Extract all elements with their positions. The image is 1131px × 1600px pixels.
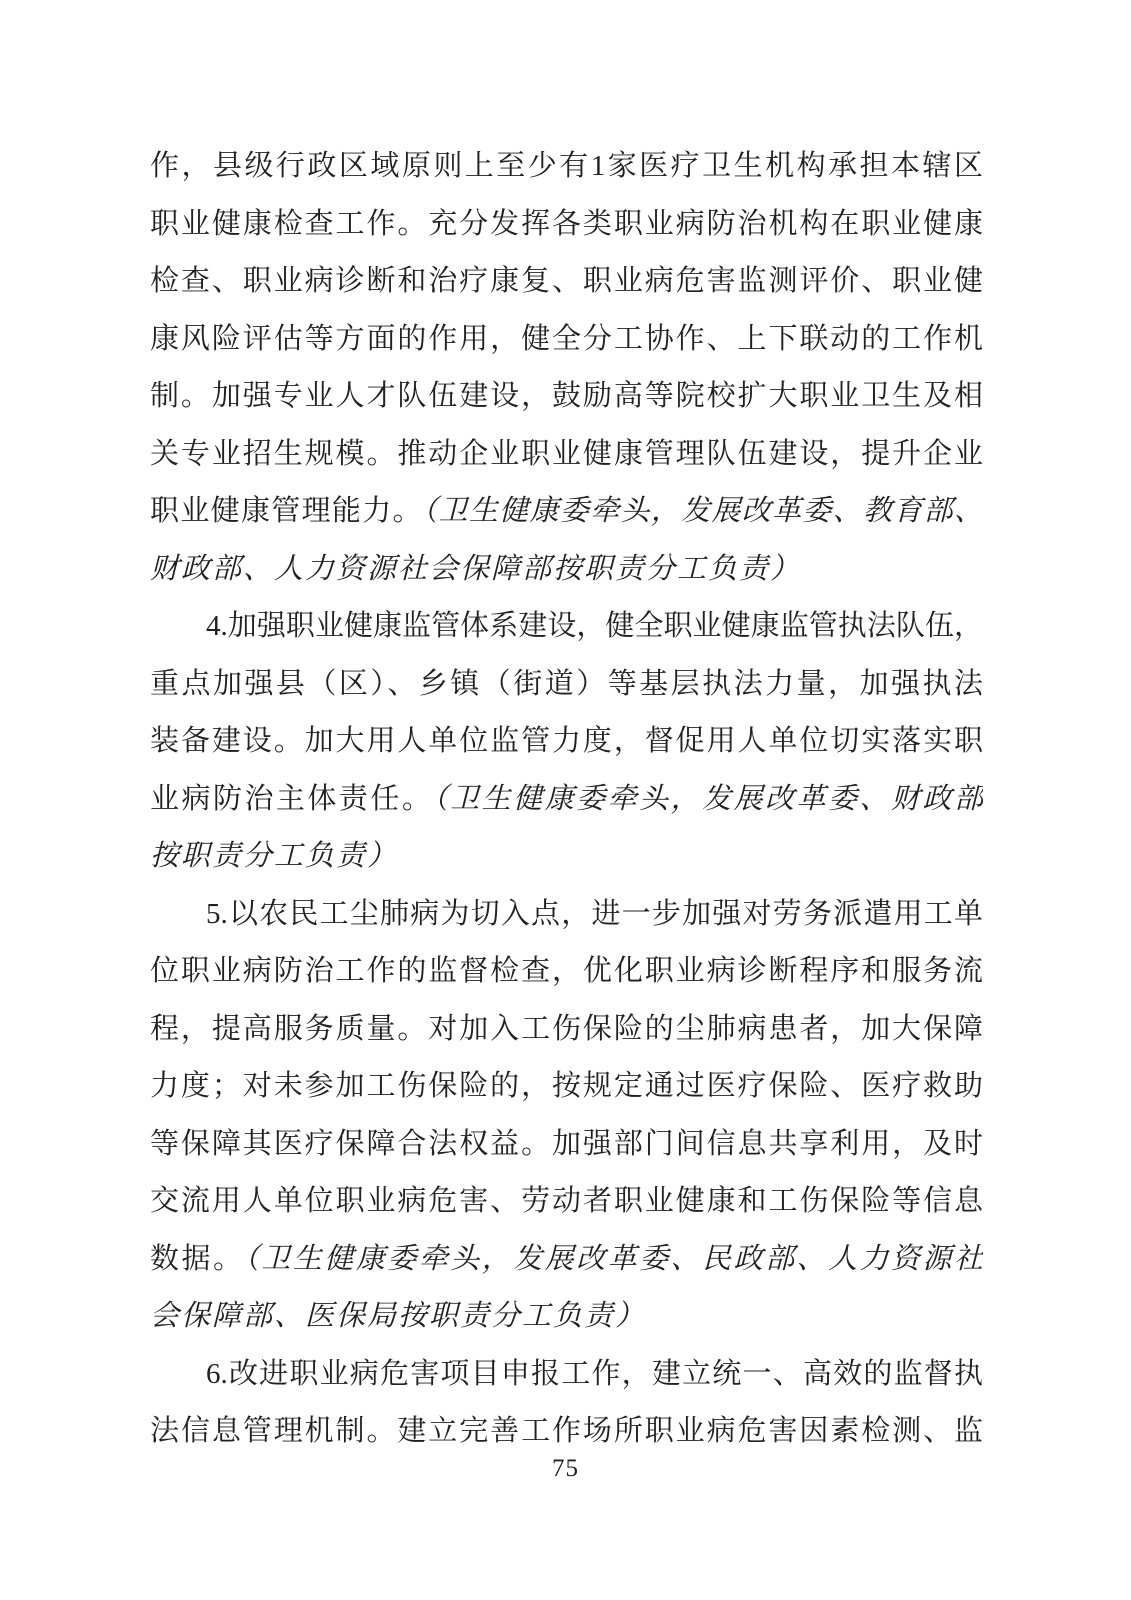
body-text-segment: 关专业招生规模。推动企业职业健康管理队伍建设，提升企业: [150, 438, 983, 470]
body-text-segment: 法信息管理机制。建立完善工作场所职业病危害因素检测、监: [150, 1415, 983, 1447]
responsibility-annotation-segment: 财政部、人力资源社会保障部按职责分工负责）: [150, 553, 801, 585]
body-text-segment: 重点加强县（区）、乡镇（街道）等基层执法力量，加强执法: [150, 668, 983, 700]
text-line: 业病防治主体责任。（卫生健康委牵头，发展改革委、财政部: [150, 771, 983, 829]
text-line: 作，县级行政区域原则上至少有1家医疗卫生机构承担本辖区: [150, 138, 983, 196]
text-line: 财政部、人力资源社会保障部按职责分工负责）: [150, 541, 983, 599]
text-line: 会保障部、医保局按职责分工负责）: [150, 1288, 983, 1346]
responsibility-annotation-segment: 按职责分工负责）: [150, 840, 398, 872]
body-text-segment: 装备建设。加大用人单位监管力度，督促用人单位切实落实职: [150, 725, 983, 757]
body-text-segment: 作，县级行政区域原则上至少有1家医疗卫生机构承担本辖区: [150, 150, 983, 182]
text-line: 重点加强县（区）、乡镇（街道）等基层执法力量，加强执法: [150, 656, 983, 714]
text-line: 5.以农民工尘肺病为切入点，进一步加强对劳务派遣用工单: [150, 886, 983, 944]
text-line: 制。加强专业人才队伍建设，鼓励高等院校扩大职业卫生及相: [150, 368, 983, 426]
body-text-segment: 职业健康检查工作。充分发挥各类职业病防治机构在职业健康: [150, 208, 983, 240]
page-number: 75: [0, 1455, 1131, 1483]
body-text-segment: 6.改进职业病危害项目申报工作，建立统一、高效的监督执: [206, 1358, 983, 1390]
text-line: 康风险评估等方面的作用，健全分工协作、上下联动的工作机: [150, 311, 983, 369]
body-text-segment: 数据。: [150, 1243, 244, 1275]
body-text-segment: 检查、职业病诊断和治疗康复、职业病危害监测评价、职业健: [150, 265, 983, 297]
document-body: 作，县级行政区域原则上至少有1家医疗卫生机构承担本辖区职业健康检查工作。充分发挥…: [150, 138, 983, 1461]
text-line: 数据。（卫生健康委牵头，发展改革委、民政部、人力资源社: [150, 1231, 983, 1289]
body-text-segment: 职业健康管理能力。: [150, 495, 423, 527]
body-text-segment: 程，提高服务质量。对加入工伤保险的尘肺病患者，加大保障: [150, 1013, 983, 1045]
responsibility-annotation-segment: （卫生健康委牵头，发展改革委、民政部、人力资源社: [244, 1243, 983, 1275]
text-line: 等保障其医疗保障合法权益。加强部门间信息共享利用，及时: [150, 1116, 983, 1174]
text-line: 关专业招生规模。推动企业职业健康管理队伍建设，提升企业: [150, 426, 983, 484]
body-text-segment: 制。加强专业人才队伍建设，鼓励高等院校扩大职业卫生及相: [150, 380, 983, 412]
body-text-segment: 位职业病防治工作的监督检查，优化职业病诊断程序和服务流: [150, 955, 983, 987]
responsibility-annotation-segment: （卫生健康委牵头，发展改革委、教育部、: [423, 495, 983, 527]
text-line: 位职业病防治工作的监督检查，优化职业病诊断程序和服务流: [150, 943, 983, 1001]
text-line: 交流用人单位职业病危害、劳动者职业健康和工伤保险等信息: [150, 1173, 983, 1231]
body-text-segment: 交流用人单位职业病危害、劳动者职业健康和工伤保险等信息: [150, 1185, 983, 1217]
body-text-segment: 业病防治主体责任。: [150, 783, 433, 815]
body-text-segment: 4.加强职业健康监管体系建设，健全职业健康监管执法队伍，: [206, 610, 983, 642]
body-text-segment: 康风险评估等方面的作用，健全分工协作、上下联动的工作机: [150, 323, 983, 355]
body-text-segment: 力度；对未参加工伤保险的，按规定通过医疗保险、医疗救助: [150, 1070, 983, 1102]
text-line: 力度；对未参加工伤保险的，按规定通过医疗保险、医疗救助: [150, 1058, 983, 1116]
text-line: 按职责分工负责）: [150, 828, 983, 886]
text-line: 检查、职业病诊断和治疗康复、职业病危害监测评价、职业健: [150, 253, 983, 311]
body-text-segment: 等保障其医疗保障合法权益。加强部门间信息共享利用，及时: [150, 1128, 983, 1160]
text-line: 程，提高服务质量。对加入工伤保险的尘肺病患者，加大保障: [150, 1001, 983, 1059]
document-page: 作，县级行政区域原则上至少有1家医疗卫生机构承担本辖区职业健康检查工作。充分发挥…: [0, 0, 1131, 1600]
text-line: 职业健康检查工作。充分发挥各类职业病防治机构在职业健康: [150, 196, 983, 254]
responsibility-annotation-segment: 会保障部、医保局按职责分工负责）: [150, 1300, 646, 1332]
text-line: 装备建设。加大用人单位监管力度，督促用人单位切实落实职: [150, 713, 983, 771]
body-text-segment: 5.以农民工尘肺病为切入点，进一步加强对劳务派遣用工单: [206, 898, 983, 930]
responsibility-annotation-segment: （卫生健康委牵头，发展改革委、财政部: [433, 783, 983, 815]
text-line: 6.改进职业病危害项目申报工作，建立统一、高效的监督执: [150, 1346, 983, 1404]
text-line: 职业健康管理能力。（卫生健康委牵头，发展改革委、教育部、: [150, 483, 983, 541]
text-line: 4.加强职业健康监管体系建设，健全职业健康监管执法队伍，: [150, 598, 983, 656]
text-line: 法信息管理机制。建立完善工作场所职业病危害因素检测、监: [150, 1403, 983, 1461]
